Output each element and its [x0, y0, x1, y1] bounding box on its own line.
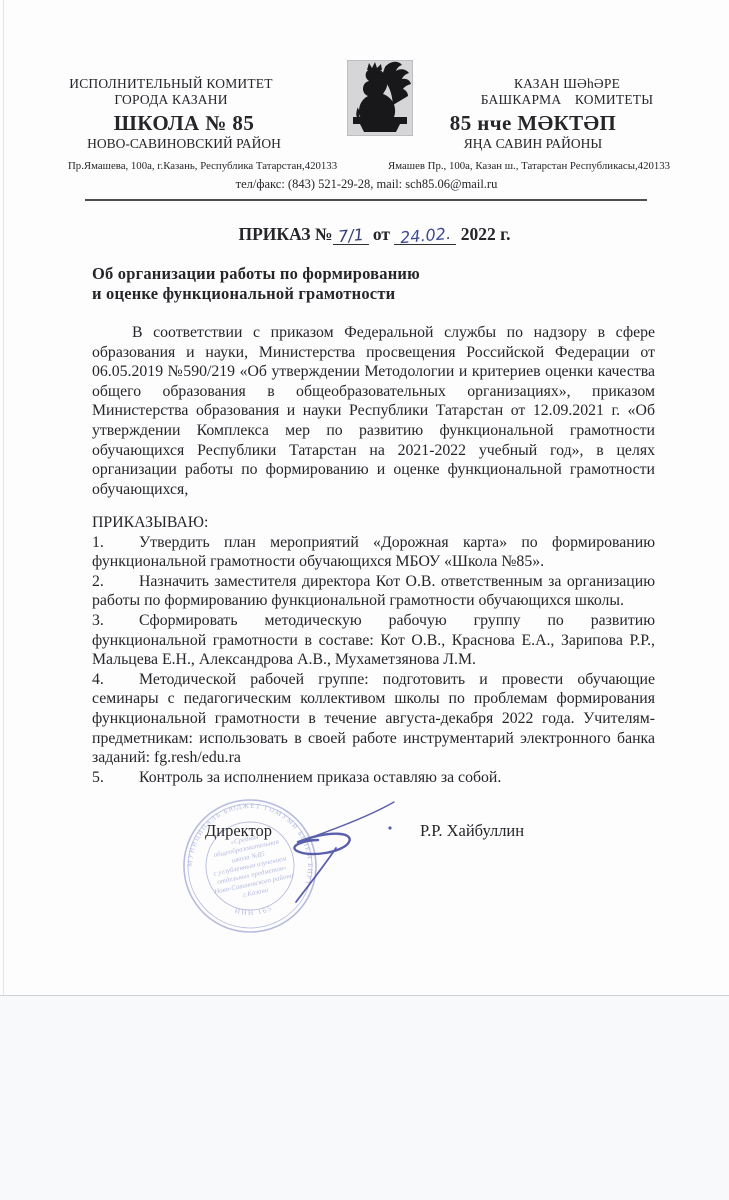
- resolution-block: ПРИКАЗЫВАЮ: 1.Утвердить план мероприятий…: [92, 513, 655, 787]
- item-1-number: 1.: [92, 533, 139, 553]
- left-committee-line2: ГОРОДА КАЗАНИ: [60, 92, 282, 108]
- right-school-district: ЯҢА САВИН РАЙОНЫ: [418, 136, 648, 152]
- item-3-text: Сформировать методическую рабочую группу…: [92, 612, 655, 668]
- prikaz-heading: ПРИКАЗЫВАЮ:: [92, 513, 655, 533]
- item-2-text: Назначить заместителя директора Кот О.В.…: [92, 573, 655, 610]
- order-year: 2022 г.: [461, 224, 511, 244]
- item-1-text: Утвердить план мероприятий «Дорожная кар…: [92, 534, 655, 571]
- order-item-5: 5.Контроль за исполнением приказа оставл…: [92, 768, 655, 788]
- signature-name: Р.Р. Хайбуллин: [420, 821, 524, 841]
- contact-line: тел/факс: (843) 521-29-28, mail: sch85.0…: [85, 177, 648, 192]
- signature-role: Директор: [205, 821, 272, 841]
- order-number-slot: 7/1: [333, 226, 369, 245]
- order-title-line: ПРИКАЗ №7/1 от 24.02. 2022 г.: [10, 224, 729, 245]
- order-item-2: 2.Назначить заместителя директора Кот О.…: [92, 572, 655, 611]
- kazan-zilant-emblem-icon: [347, 60, 413, 136]
- preamble-paragraph: В соответствии с приказом Федеральной сл…: [92, 323, 655, 499]
- stamp-inn-text: ИНН 165: [233, 901, 275, 920]
- left-school-district: НОВО-САВИНОВСКИЙ РАЙОН: [60, 136, 308, 152]
- header-left-committee: ИСПОЛНИТЕЛЬНЫЙ КОМИТЕТ ГОРОДА КАЗАНИ: [60, 76, 282, 108]
- svg-text:ИНН 165: ИНН 165: [233, 901, 275, 920]
- subject-line1: Об организации работы по формированию: [92, 264, 592, 284]
- item-3-number: 3.: [92, 611, 139, 631]
- header-left-school: ШКОЛА № 85 НОВО-САВИНОВСКИЙ РАЙОН: [60, 111, 308, 152]
- order-date-handwritten: 24.02.: [399, 226, 451, 246]
- item-2-number: 2.: [92, 572, 139, 592]
- scan-left-edge: [3, 0, 4, 995]
- order-number-handwritten: 7/1: [337, 227, 364, 245]
- header-right-school: 85 нче МӘКТӘП ЯҢА САВИН РАЙОНЫ: [418, 111, 648, 152]
- order-subject: Об организации работы по формированию и …: [92, 264, 592, 304]
- left-school-name: ШКОЛА № 85: [60, 111, 308, 135]
- director-signature-ink: [272, 788, 406, 918]
- order-item-1: 1.Утвердить план мероприятий «Дорожная к…: [92, 533, 655, 572]
- order-item-3: 3.Сформировать методическую рабочую груп…: [92, 611, 655, 670]
- scanner-background: [0, 995, 729, 1200]
- header-right-committee: КАЗАН ШӘһӘРЕ БАШКАРМА КОМИТЕТЫ: [452, 76, 682, 108]
- subject-line2: и оценке функциональной грамотности: [92, 284, 592, 304]
- item-4-number: 4.: [92, 670, 139, 690]
- right-school-name: 85 нче МӘКТӘП: [418, 111, 648, 135]
- order-item-4: 4.Методической рабочей группе: подготови…: [92, 670, 655, 768]
- scanned-order-page: ИСПОЛНИТЕЛЬНЫЙ КОМИТЕТ ГОРОДА КАЗАНИ ШКО…: [0, 0, 729, 995]
- header-divider: [85, 199, 647, 201]
- address-russian: Пр.Ямашева, 100а, г.Казань, Республика Т…: [68, 160, 368, 172]
- order-date-slot: 24.02.: [394, 226, 456, 245]
- right-committee-line1: КАЗАН ШӘһӘРЕ: [452, 76, 682, 92]
- right-committee-line2: БАШКАРМА КОМИТЕТЫ: [452, 92, 682, 108]
- order-prefix: ПРИКАЗ №: [239, 224, 333, 244]
- item-5-number: 5.: [92, 768, 139, 788]
- order-ot: от: [373, 224, 390, 244]
- item-4-text: Методической рабочей группе: подготовить…: [92, 671, 655, 766]
- item-5-text: Контроль за исполнением приказа оставляю…: [139, 769, 501, 786]
- left-committee-line1: ИСПОЛНИТЕЛЬНЫЙ КОМИТЕТ: [60, 76, 282, 92]
- address-tatar: Ямашев Пр., 100а, Казан ш., Татарстан Ре…: [388, 160, 660, 172]
